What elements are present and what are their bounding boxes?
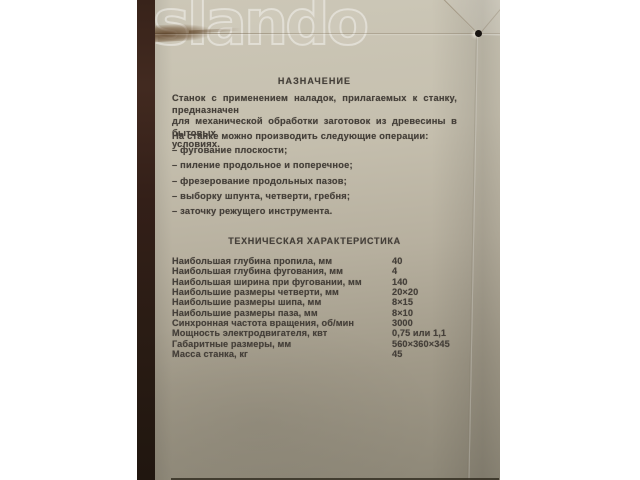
document-photo: slando НАЗНАЧЕНИЕ Станок с применением н… — [137, 0, 500, 480]
purpose-section-title: НАЗНАЧЕНИЕ — [172, 76, 457, 86]
operations-list: – фугование плоскости; – пиление продоль… — [172, 145, 457, 221]
table-row: Наибольшая ширина при фуговании, мм 140 — [172, 277, 457, 287]
spec-value: 140 — [392, 277, 408, 287]
spec-value: 8×15 — [392, 297, 413, 307]
list-item: – выборку шпунта, четверти, гребня; — [172, 191, 457, 206]
table-row: Мощность электродвигателя, квт 0,75 или … — [172, 328, 457, 338]
spec-value: 3000 — [392, 318, 413, 328]
paragraph-line: Станок с применением наладок, прилагаемы… — [172, 93, 457, 116]
table-row: Наибольшие размеры шипа, мм 8×15 — [172, 297, 457, 307]
vertical-crease-line — [467, 36, 478, 480]
operations-intro: На станке можно производить следующие оп… — [172, 131, 457, 141]
table-row: Наибольшая глубина фугования, мм 4 — [172, 266, 457, 276]
spec-value: 560×360×345 — [392, 339, 450, 349]
spec-label: Габаритные размеры, мм — [172, 339, 291, 349]
table-row: Наибольшие размеры четверти, мм 20×20 — [172, 287, 457, 297]
spec-label: Синхронная частота вращения, об/мин — [172, 318, 354, 328]
purpose-paragraph: Станок с применением наладок, прилагаемы… — [172, 93, 457, 151]
horizontal-crease-line — [155, 33, 500, 34]
spec-label: Мощность электродвигателя, квт — [172, 328, 327, 338]
list-item: – пиление продольное и поперечное; — [172, 160, 457, 175]
spec-label: Масса станка, кг — [172, 349, 248, 359]
spec-value: 40 — [392, 256, 402, 266]
spec-value: 45 — [392, 349, 402, 359]
table-row: Наибольшие размеры паза, мм 8×10 — [172, 308, 457, 318]
spec-value: 4 — [392, 266, 397, 276]
table-row: Масса станка, кг 45 — [172, 349, 457, 359]
spec-value: 0,75 или 1,1 — [392, 328, 446, 338]
spec-value: 20×20 — [392, 287, 418, 297]
table-row: Синхронная частота вращения, об/мин 3000 — [172, 318, 457, 328]
spec-label: Наибольшая глубина пропила, мм — [172, 256, 332, 266]
spec-label: Наибольшие размеры шипа, мм — [172, 297, 321, 307]
table-row: Габаритные размеры, мм 560×360×345 — [172, 339, 457, 349]
spec-label: Наибольшая глубина фугования, мм — [172, 266, 343, 276]
spec-label: Наибольшие размеры четверти, мм — [172, 287, 339, 297]
spec-label: Наибольшие размеры паза, мм — [172, 308, 318, 318]
spec-value: 8×10 — [392, 308, 413, 318]
spec-label: Наибольшая ширина при фуговании, мм — [172, 277, 362, 287]
staple-hole-mark — [475, 30, 482, 37]
table-row: Наибольшая глубина пропила, мм 40 — [172, 256, 457, 266]
specs-section-title: ТЕХНИЧЕСКАЯ ХАРАКТЕРИСТИКА — [172, 236, 457, 246]
photo-dark-left-border — [137, 0, 155, 480]
list-item: – фугование плоскости; — [172, 145, 457, 160]
list-item: – заточку режущего инструмента. — [172, 206, 457, 221]
folded-corner-highlight — [438, 0, 500, 36]
document-page: slando НАЗНАЧЕНИЕ Станок с применением н… — [155, 0, 500, 480]
list-item: – фрезерование продольных пазов; — [172, 176, 457, 191]
specs-table: Наибольшая глубина пропила, мм 40 Наибол… — [172, 256, 457, 359]
